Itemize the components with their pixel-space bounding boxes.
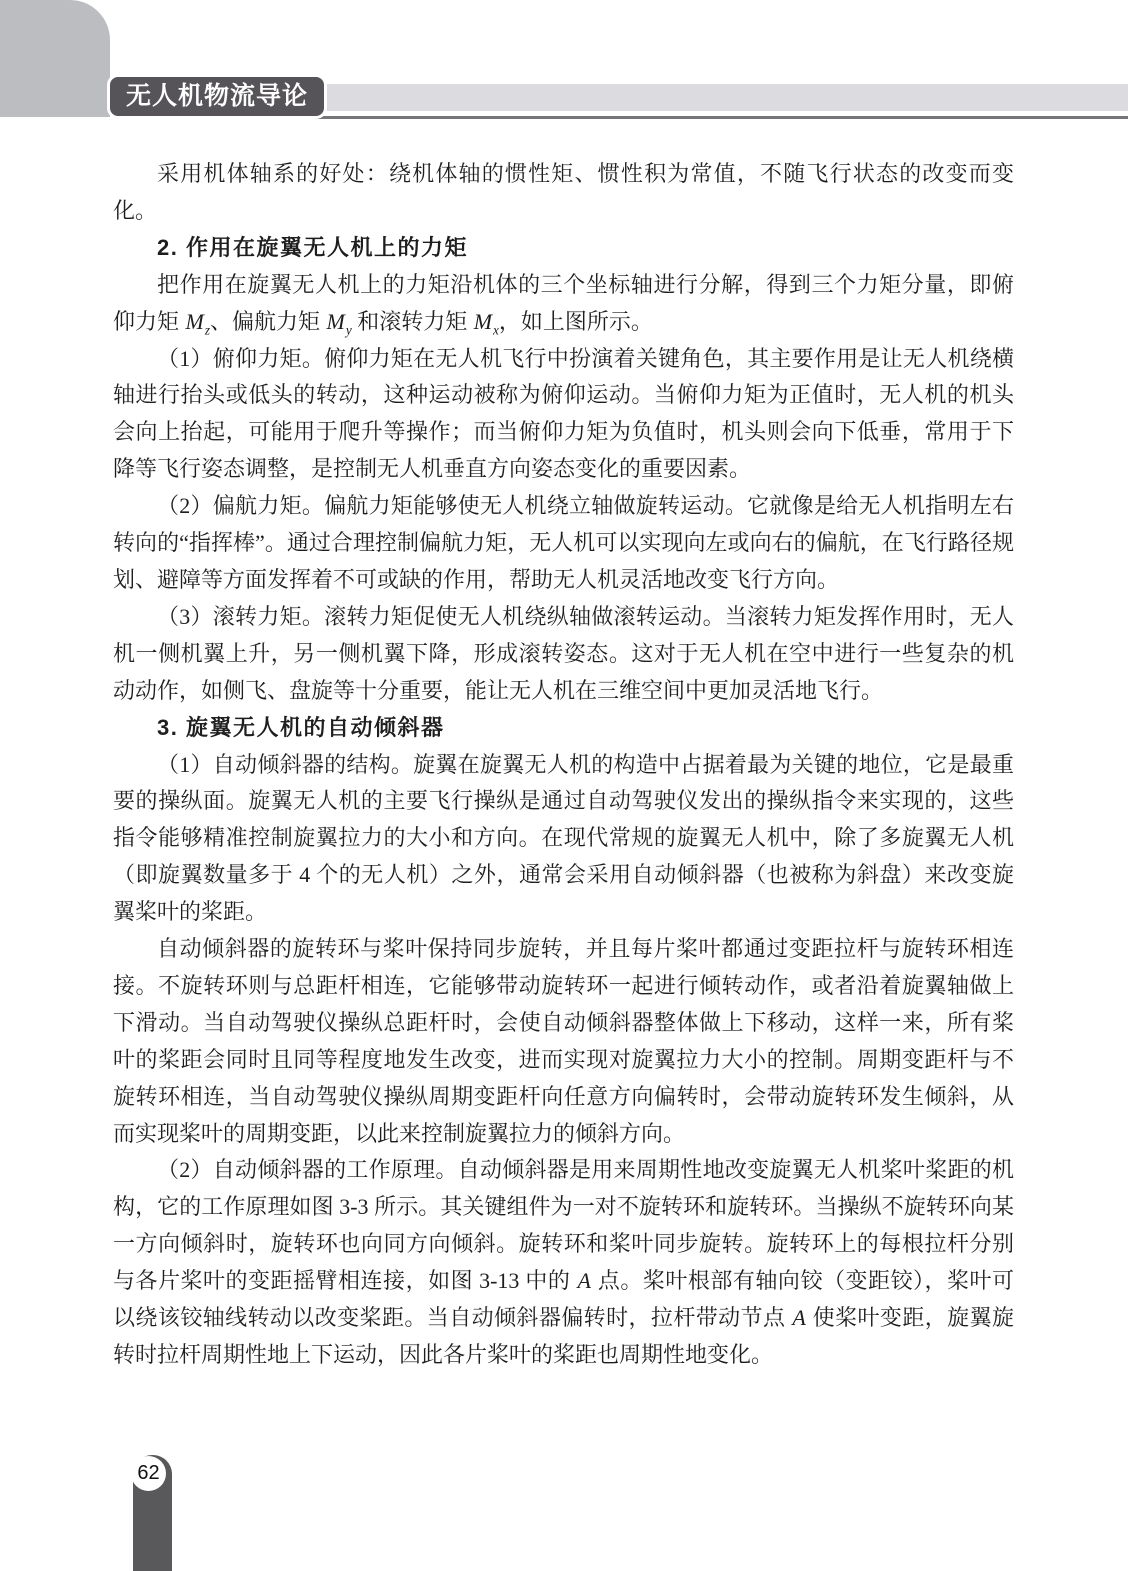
paragraph: 把作用在旋翼无人机上的力矩沿机体的三个坐标轴进行分解，得到三个力矩分量，即俯仰力… [113, 267, 1014, 341]
paragraph: 采用机体轴系的好处：绕机体轴的惯性矩、惯性积为常值，不随飞行状态的改变而变化。 [113, 156, 1014, 230]
book-page: 无人机物流导论 采用机体轴系的好处：绕机体轴的惯性矩、惯性积为常值，不随飞行状态… [0, 0, 1128, 1571]
header-rule [200, 116, 1128, 119]
paragraph: 自动倾斜器的旋转环与桨叶保持同步旋转，并且每片桨叶都通过变距拉杆与旋转环相连接。… [113, 931, 1014, 1152]
paragraph: （3）滚转力矩。滚转力矩促使无人机绕纵轴做滚转运动。当滚转力矩发挥作用时，无人机… [113, 599, 1014, 710]
body-text: 采用机体轴系的好处：绕机体轴的惯性矩、惯性积为常值，不随飞行状态的改变而变化。2… [113, 156, 1014, 1374]
paragraph: （1）俯仰力矩。俯仰力矩在无人机飞行中扮演着关键角色，其主要作用是让无人机绕横轴… [113, 341, 1014, 489]
page-number: 62 [131, 1456, 166, 1491]
header-corner-decoration [0, 0, 110, 117]
paragraph: （2）自动倾斜器的工作原理。自动倾斜器是用来周期性地改变旋翼无人机桨叶桨距的机构… [113, 1152, 1014, 1373]
paragraph: （2）偏航力矩。偏航力矩能够使无人机绕立轴做旋转运动。它就像是给无人机指明左右转… [113, 488, 1014, 599]
paragraph: （1）自动倾斜器的结构。旋翼在旋翼无人机的构造中占据着最为关键的地位，它是最重要… [113, 747, 1014, 932]
section-heading: 3. 旋翼无人机的自动倾斜器 [113, 710, 1014, 747]
book-title-badge: 无人机物流导论 [107, 74, 327, 119]
section-heading: 2. 作用在旋翼无人机上的力矩 [113, 230, 1014, 267]
